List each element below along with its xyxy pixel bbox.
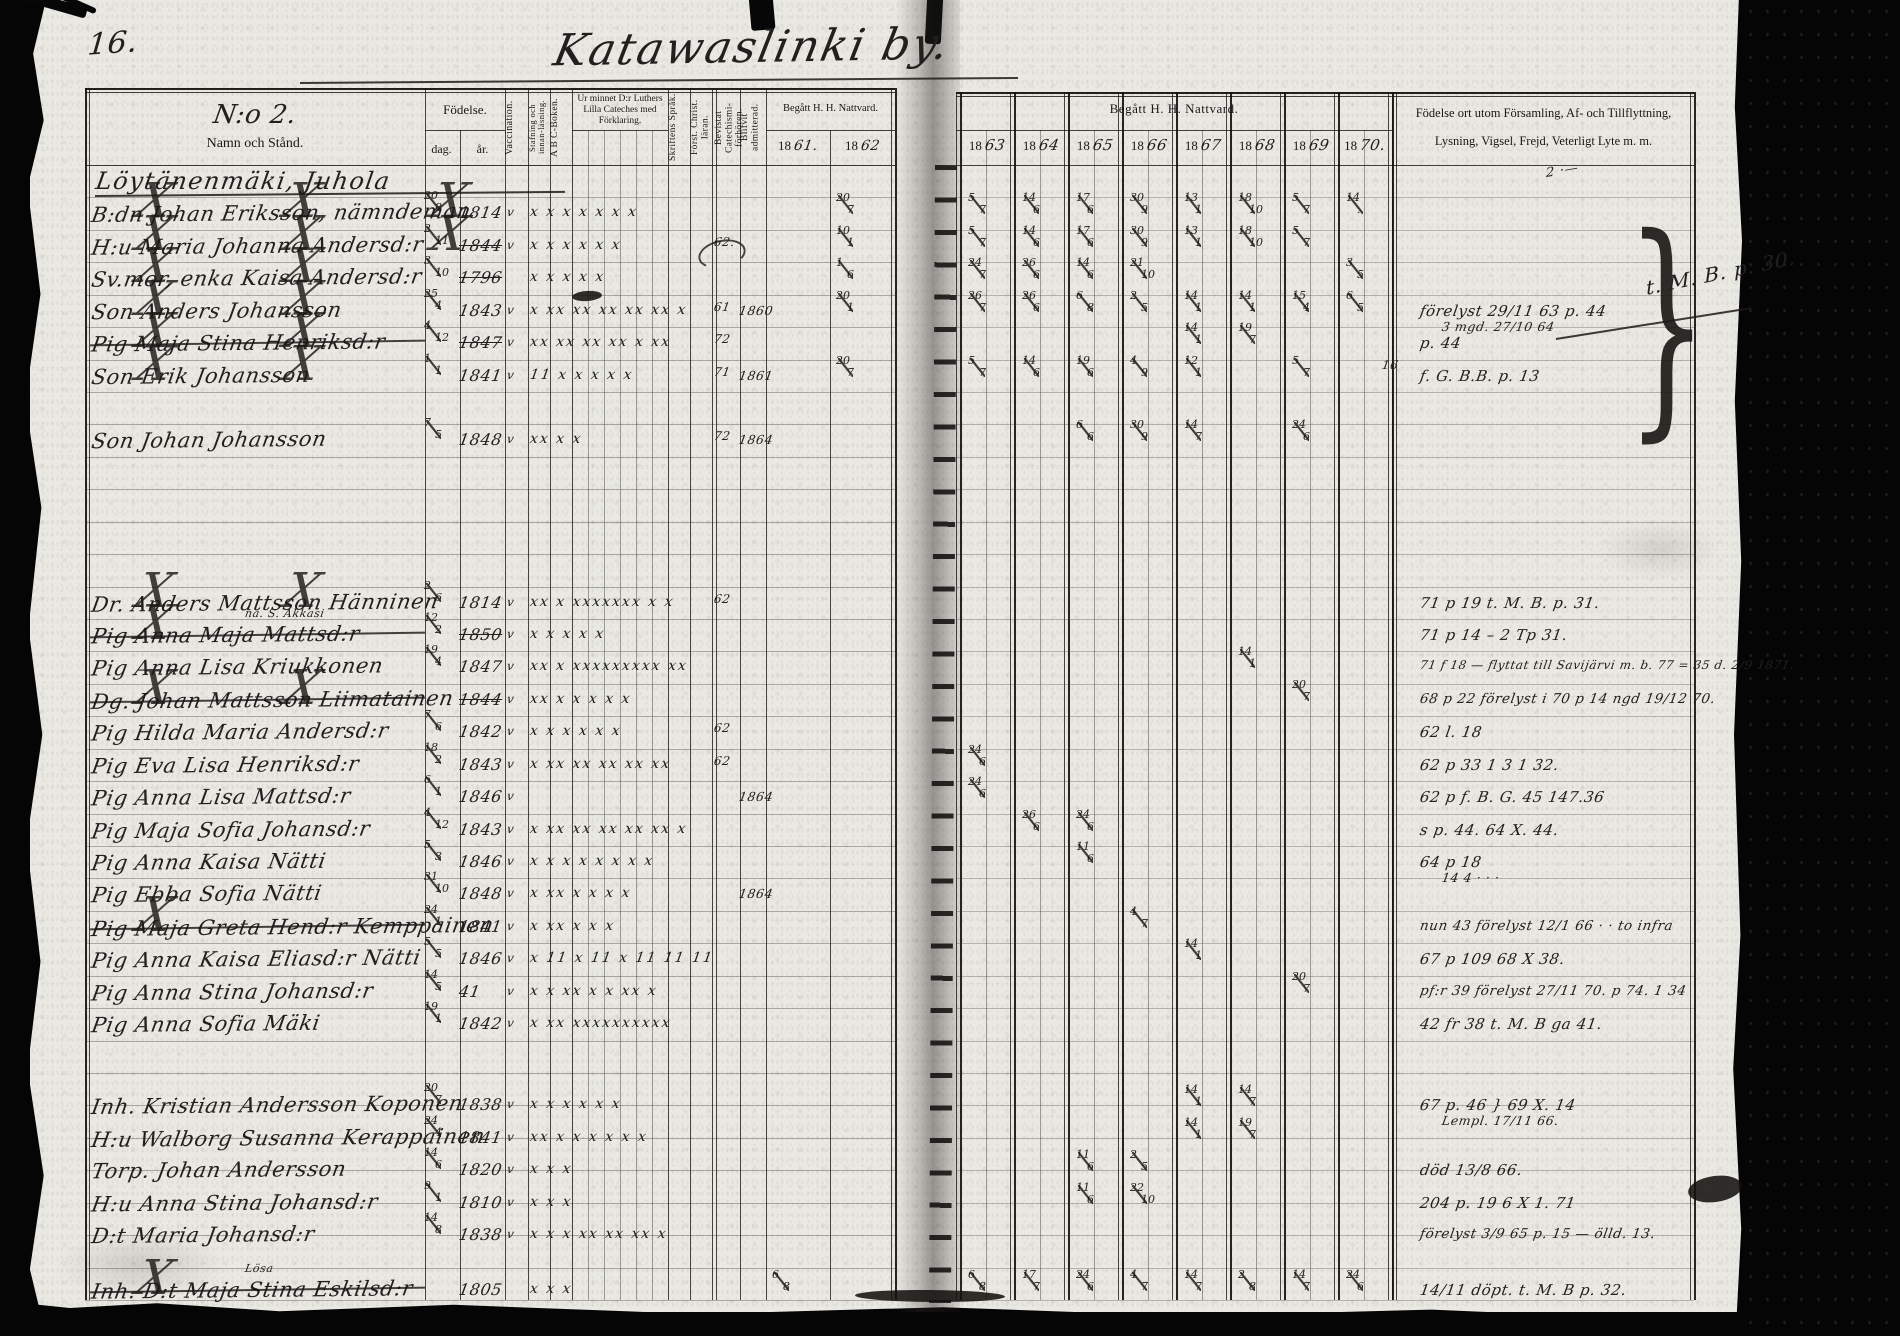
person-name: Son Johan Johansson	[90, 427, 329, 453]
rule-v	[1392, 92, 1393, 1300]
year-header-1865: 1865	[1068, 136, 1122, 154]
rule-v	[1014, 92, 1016, 1300]
margin-note: 204 p. 19 6 X 1. 71	[1419, 1194, 1578, 1212]
rule-h	[956, 749, 1694, 750]
rule-v	[1280, 92, 1281, 1300]
communion-1863: 246	[968, 779, 988, 801]
margin-note-2: 3 mgd. 27/10 64	[1441, 319, 1556, 334]
admitted-year: 1861	[738, 368, 775, 383]
reading-marks: xx x x x x x	[529, 691, 633, 707]
margin-note: 68 p 22 förelyst i 70 p 14 ngd 19/12 70.	[1419, 691, 1717, 707]
communion-1868: 197	[1238, 1120, 1258, 1142]
margin-note: 62 p f. B. G. 45 147.36	[1419, 788, 1606, 806]
rule-h	[85, 1073, 895, 1074]
reading-marks: x x x x x x	[529, 1096, 623, 1112]
birth-year: 1848	[457, 884, 503, 903]
rule-v	[505, 88, 506, 1300]
admitted-year: 1864	[738, 886, 775, 901]
rule-v	[716, 88, 717, 1300]
rule-h	[85, 554, 895, 555]
birth-year: 1838	[457, 1095, 503, 1114]
reading-marks: x xx xxxxxxxxxx	[529, 1015, 673, 1031]
rule-h	[85, 1041, 895, 1042]
birth-day: 75	[424, 420, 444, 442]
rule-v	[1122, 92, 1124, 1300]
communion-1865: 176	[1076, 228, 1096, 250]
reading-marks: x x x x x x	[529, 237, 623, 253]
birth-day: 55	[424, 939, 444, 961]
rule-v	[1334, 92, 1335, 1300]
birth-day: 310	[424, 258, 444, 280]
person-name: Pig Maja Sofia Johansd:r	[90, 816, 372, 843]
catechism-exam-note: 62	[713, 754, 732, 768]
margin-note: 14/11 döpt. t. M. B p. 32.	[1419, 1281, 1628, 1299]
birth-year: 1820	[457, 1160, 503, 1179]
margin-note: f. G. B.B. p. 13	[1419, 367, 1542, 385]
communion-1867: 147	[1184, 422, 1204, 444]
rule-h	[956, 716, 1694, 717]
reading-marks: x x x x x x x	[529, 204, 640, 220]
communion-1862: 101	[836, 228, 856, 250]
margin-note: 67 p 109 68 X 38.	[1419, 950, 1567, 968]
rule-h	[956, 619, 1694, 620]
birth-year: 1843	[457, 755, 503, 774]
column-header-fodelse: Födelse.	[425, 102, 505, 118]
catechism-exam-note: 62	[713, 592, 732, 606]
communion-1864: 146	[1022, 228, 1042, 250]
rule-h	[956, 943, 1694, 944]
rule-h	[85, 943, 895, 944]
communion-1870: 14.	[1346, 195, 1366, 217]
rule-h	[956, 230, 1694, 231]
birth-year: 1847	[457, 657, 503, 676]
reading-marks: x x xx x x xx x	[529, 983, 659, 999]
reading-marks: x 11 x 11 x 11 11 11	[529, 950, 714, 966]
person-name: Inh. Kristian Andersson Koponen	[90, 1091, 465, 1119]
rule-h	[956, 1170, 1694, 1171]
rule-h	[85, 878, 895, 879]
reading-marks: x xx xx xx xx xx	[529, 756, 673, 772]
year-header-1862: 1862	[830, 138, 895, 154]
margin-note: 62 l. 18	[1419, 723, 1484, 741]
rule-v	[830, 130, 831, 1300]
communion-1868: 1810	[1238, 195, 1258, 217]
birth-year: 1814	[457, 593, 503, 612]
rule-v	[1388, 92, 1389, 1300]
reading-marks: xx x x x x x x	[529, 1129, 649, 1145]
communion-1863: 246	[968, 747, 988, 769]
reading-marks: xx x xxxxxxx x x	[529, 594, 676, 610]
birth-year: 1848	[457, 430, 503, 449]
reading-marks: xx xx xx xx x xx	[529, 334, 673, 350]
rule-v	[528, 88, 529, 1300]
rule-h	[956, 522, 1694, 523]
birth-day: 207	[424, 1085, 444, 1107]
communion-1864: 177	[1022, 1272, 1042, 1294]
reading-marks: x x x xx xx xx x	[529, 1226, 669, 1242]
notes-header-line2: Lysning, Vigsel, Frejd, Veterligt Lyte m…	[1397, 134, 1690, 149]
admitted-year: 1864	[738, 789, 775, 804]
column-header-abc: A B C-Boken.	[550, 92, 572, 163]
birth-day: 191	[424, 1004, 444, 1026]
rule-h	[85, 522, 895, 523]
rule-h	[956, 781, 1694, 782]
communion-1868: 1810	[1238, 228, 1258, 250]
rule-h	[956, 684, 1694, 685]
communion-1868: 141	[1238, 649, 1258, 671]
communion-1866: 2210	[1130, 1185, 1150, 1207]
birth-year: 1843	[457, 301, 503, 320]
rule-h	[956, 911, 1694, 912]
communion-1865: 116	[1076, 844, 1096, 866]
birth-day: 412	[424, 323, 444, 345]
rule-h	[956, 554, 1694, 555]
rule-h	[956, 587, 1694, 588]
rule-h	[956, 262, 1694, 263]
communion-1864: 266	[1022, 812, 1042, 834]
rule-h	[85, 88, 895, 90]
rule-v	[690, 88, 691, 1300]
column-header-sprak: Skriftens Språk.	[668, 92, 690, 163]
column-header-vaccination: Vaccination.	[505, 92, 528, 163]
rule-h	[956, 1073, 1694, 1074]
rule-h	[956, 1300, 1694, 1301]
reading-marks: xx x xxxxxxxxx xx	[529, 658, 689, 674]
margin-note: 71 p 19 t. M. B. p. 31.	[1419, 594, 1602, 612]
birth-day: 3110	[424, 874, 444, 896]
communion-1864: 146	[1022, 358, 1042, 380]
column-header-dag: dag.	[423, 142, 460, 157]
year-header-1861.: 1861.	[766, 138, 830, 154]
margin-note: nun 43 förelyst 12/1 66 · · to infra	[1419, 918, 1675, 934]
catechism-exam-note: 71	[713, 365, 732, 379]
birth-day: 91	[424, 1183, 444, 1205]
catechism-exam-note: 62	[713, 721, 732, 735]
rule-h	[85, 424, 895, 425]
communion-1862: 16	[836, 260, 856, 282]
rule-h	[956, 360, 1694, 361]
interline-note: na. S. Akkasi	[244, 607, 326, 620]
communion-1869: 207	[1292, 974, 1312, 996]
communion-1866: 2110	[1130, 260, 1150, 282]
communion-1862: 201	[836, 293, 856, 315]
year-header-1867: 1867	[1176, 136, 1230, 154]
reading-marks: x x x x x	[529, 269, 607, 285]
birth-day: 11	[424, 356, 444, 378]
reading-marks: x x x x x x	[529, 723, 623, 739]
rule-h	[956, 846, 1694, 847]
reading-marks: x x x x x	[529, 626, 607, 642]
rule-h	[956, 92, 1694, 94]
birth-day: 211	[424, 226, 444, 248]
communion-1865: 116	[1076, 1152, 1096, 1174]
margin-note: 67 p. 46 } 69 X. 14	[1419, 1096, 1578, 1114]
communion-1865: 66	[1076, 422, 1096, 444]
margin-note: 71 p 14 – 2 Tp 31.	[1419, 626, 1570, 644]
rule-h	[85, 976, 895, 977]
rule-h	[85, 457, 895, 458]
person-name: Pig Anna Kaisa Eliasd:r Nätti	[90, 946, 423, 973]
margin-note: p. 44	[1419, 334, 1463, 352]
birth-year: 1844	[457, 236, 503, 255]
year-header-1864: 1864	[1014, 136, 1068, 154]
reading-marks: x x x	[529, 1194, 574, 1210]
rule-h	[85, 716, 895, 717]
reading-marks: x x x x x x x x	[529, 853, 656, 869]
rule-v	[1068, 92, 1070, 1300]
birth-day: 182	[424, 745, 444, 767]
rule-v	[891, 88, 892, 1300]
communion-1869: 57	[1292, 228, 1312, 250]
communion-1863: 267	[968, 293, 988, 315]
cross-out-marks: X X	[133, 344, 361, 384]
column-header-stafning: Stafning och innan-läsning.	[528, 92, 550, 163]
rule-v	[1172, 92, 1173, 1300]
communion-1861: 68	[772, 1272, 792, 1294]
rule-h	[956, 96, 1694, 97]
rule-v	[85, 88, 87, 1300]
rule-h	[85, 489, 895, 490]
communion-1869: 207	[1292, 682, 1312, 704]
rule-v	[1226, 92, 1227, 1300]
rule-h	[956, 489, 1694, 490]
person-name: Pig Hilda Maria Andersd:r	[90, 719, 391, 746]
communion-1866: 25	[1130, 293, 1150, 315]
column-header-forst: Först. Christ. läran.	[690, 92, 712, 163]
rule-v	[1118, 92, 1119, 1300]
communion-1867: 121	[1184, 358, 1204, 380]
rule-h	[956, 197, 1694, 198]
person-name: Pig Eva Lisa Henriksd:r	[90, 751, 361, 778]
birth-year: 1796	[457, 268, 503, 287]
birth-year: 1846	[457, 787, 503, 806]
margin-note: 42 fr 38 t. M. B ga 41.	[1419, 1015, 1604, 1033]
communion-1865: 246	[1076, 1272, 1096, 1294]
rule-h	[85, 781, 895, 782]
column-header-no: N:o 2.	[83, 100, 428, 130]
rule-h	[956, 392, 1694, 393]
margin-note: förelyst 3/9 65 p. 15 — ölld. 13.	[1419, 1226, 1657, 1242]
reading-marks: x xx x x x	[529, 918, 617, 934]
reading-marks: x xx x x x x	[529, 885, 633, 901]
communion-1863: 57	[968, 358, 988, 380]
birth-year: 1847	[457, 333, 503, 352]
rule-h	[956, 457, 1694, 458]
interline-note: Lösa	[244, 1262, 275, 1275]
rule-h	[85, 392, 895, 393]
margin-note-2: 14 4 · · ·	[1441, 870, 1501, 885]
communion-1862: 207	[836, 195, 856, 217]
margin-note: 71 f 18 — flyttat till Savijärvi m. b. 7…	[1419, 658, 1796, 672]
column-header-begatt-left: Begått H. H. Nattvard.	[766, 103, 895, 114]
communion-1866: 47	[1130, 909, 1150, 931]
communion-1863: 57	[968, 228, 988, 250]
birth-year: 1846	[457, 852, 503, 871]
communion-1869: 57	[1292, 195, 1312, 217]
communion-1865: 246	[1076, 812, 1096, 834]
communion-1863: 57	[968, 195, 988, 217]
communion-1867: 131	[1184, 195, 1204, 217]
rule-v	[740, 88, 741, 1300]
birth-day: 412	[424, 810, 444, 832]
rule-v	[1396, 92, 1397, 1300]
rule-h	[425, 130, 505, 131]
birth-year: 41	[457, 982, 482, 1001]
column-header-cateches: Ur minnet D:r Luthers Lilla Cateches med…	[572, 94, 668, 128]
reading-marks: x x x	[529, 1281, 574, 1297]
birth-year: 1842	[457, 1014, 503, 1033]
margin-note: 64 p 18	[1419, 853, 1483, 871]
person-name: Pig Anna Kaisa Nätti	[90, 849, 328, 875]
rule-h	[85, 846, 895, 847]
communion-1865: 196	[1076, 358, 1096, 380]
reading-marks: x x x	[529, 1161, 574, 1177]
communion-1867: 131	[1184, 228, 1204, 250]
admitted-year: 1860	[738, 303, 775, 318]
communion-1865: 146	[1076, 260, 1096, 282]
communion-1865: 176	[1076, 195, 1096, 217]
communion-1866: 47	[1130, 1272, 1150, 1294]
communion-1862: 207	[836, 358, 856, 380]
communion-1870: 65	[1346, 293, 1366, 315]
cross-out-marks: X	[133, 1258, 213, 1298]
birth-day: 61	[424, 777, 444, 799]
birth-day: 26	[424, 583, 444, 605]
margin-note: pf:r 39 förelyst 27/11 70. p 74. 1 34	[1419, 983, 1688, 999]
communion-1864: 266	[1022, 260, 1042, 282]
rule-h	[85, 749, 895, 750]
birth-day: 241	[424, 907, 444, 929]
rule-v	[960, 92, 962, 1300]
communion-1866: 309	[1130, 228, 1150, 250]
year-header-1870.: 1870.	[1338, 136, 1392, 154]
person-name: Pig Anna Lisa Mattsd:r	[90, 784, 353, 811]
communion-1866: 25	[1130, 1152, 1150, 1174]
communion-1866: 309	[1130, 422, 1150, 444]
rule-v	[1064, 92, 1065, 1300]
rule-v	[1010, 92, 1011, 1300]
birth-day: 254	[424, 291, 444, 313]
rule-v	[668, 88, 669, 1300]
communion-1864: 266	[1022, 293, 1042, 315]
admitted-year: 1864	[738, 432, 775, 447]
year-header-1869: 1869	[1284, 136, 1338, 154]
birth-day: 146	[424, 1150, 444, 1172]
birth-day: 244	[424, 1118, 444, 1140]
reading-marks: 11 x x x x x	[529, 367, 635, 383]
rule-h	[956, 651, 1694, 652]
birth-year: 1841	[457, 1128, 503, 1147]
catechism-exam-note: 72	[713, 332, 732, 346]
rule-h	[956, 130, 1392, 131]
margin-note: död 13/8 66.	[1419, 1161, 1524, 1179]
cross-out-marks: X	[133, 895, 213, 935]
rule-h	[956, 327, 1694, 328]
rule-h	[85, 651, 895, 652]
communion-1867: 141	[1184, 1087, 1204, 1109]
rule-h	[85, 92, 895, 93]
rule-h	[956, 1008, 1694, 1009]
birth-year: 1842	[457, 722, 503, 741]
birth-year: 1850	[457, 625, 503, 644]
cross-out-marks: X X	[133, 668, 361, 708]
reading-marks: xx x x	[529, 431, 584, 447]
village-title: Katawaslinki by.	[549, 19, 954, 77]
communion-1865: 116	[1076, 1185, 1096, 1207]
communion-1867: 141	[1184, 293, 1204, 315]
birth-year: 1838	[457, 1225, 503, 1244]
column-header-blifvit: Blifvit admitterad.	[740, 92, 766, 163]
reading-marks: x xx xx xx xx xx x	[529, 821, 689, 837]
birth-day: 53	[424, 842, 444, 864]
rule-v	[956, 92, 957, 1300]
column-header-namn: Namn och Stånd.	[85, 136, 425, 152]
margin-note: förelyst 29/11 63 p. 44	[1419, 302, 1608, 320]
year-header-1863: 1863	[960, 136, 1014, 154]
communion-1866: 49	[1130, 358, 1150, 380]
birth-year: 1843	[457, 820, 503, 839]
communion-1870: 246	[1346, 1272, 1366, 1294]
notes-header-line1: Födelse ort utom Församling, Af- och Til…	[1397, 106, 1690, 121]
birth-day: 194	[424, 647, 444, 669]
communion-1869: 154	[1292, 293, 1312, 315]
communion-1867: 141	[1184, 325, 1204, 347]
rule-h	[956, 1203, 1694, 1204]
communion-1866: 309	[1130, 195, 1150, 217]
birth-day: 148	[424, 1215, 444, 1237]
rule-v	[712, 88, 713, 1300]
rule-h	[956, 814, 1694, 815]
rule-h	[956, 976, 1694, 977]
birth-day: 122	[424, 615, 444, 637]
paper-smudge	[1600, 520, 1720, 580]
communion-1868: 197	[1238, 325, 1258, 347]
rule-h	[956, 424, 1694, 425]
communion-1867: 141	[1184, 941, 1204, 963]
rule-h	[956, 1268, 1694, 1269]
column-header-begatt-right: Begått H. H. Nattvard.	[956, 101, 1392, 117]
person-name: H:u Anna Stina Johansd:r	[90, 1189, 380, 1216]
communion-1867: 141	[1184, 1120, 1204, 1142]
rule-v	[1230, 92, 1232, 1300]
rule-h	[85, 1008, 895, 1009]
communion-1863: 247	[968, 260, 988, 282]
rule-v	[895, 88, 897, 1300]
birth-year: 1810	[457, 1193, 503, 1212]
rule-h	[956, 1041, 1694, 1042]
communion-1869: 147	[1292, 1272, 1312, 1294]
rule-v	[766, 88, 767, 1300]
person-name: D:t Maria Johansd:r	[90, 1222, 317, 1248]
communion-1869: 246	[1292, 422, 1312, 444]
rule-h	[956, 295, 1694, 296]
margin-annotation: 16	[1381, 358, 1400, 372]
year-header-1868: 1868	[1230, 136, 1284, 154]
birth-year: 1846	[457, 949, 503, 968]
communion-1867: 147	[1184, 1272, 1204, 1294]
birth-year: 1844	[457, 690, 503, 709]
communion-1870: 35	[1346, 260, 1366, 282]
catechism-exam-note: 72	[713, 429, 732, 443]
rule-v	[1284, 92, 1286, 1300]
rule-h	[956, 165, 1694, 166]
margin-note-2: Lempl. 17/11 66.	[1441, 1113, 1560, 1128]
column-header-bevistat: Bevistat Catechismi-förhören.	[714, 92, 740, 163]
communion-1868: 28	[1238, 1272, 1258, 1294]
rule-h	[956, 1138, 1694, 1139]
communion-1868: 147	[1238, 1087, 1258, 1109]
margin-note: s p. 44. 64 X. 44.	[1419, 821, 1561, 839]
